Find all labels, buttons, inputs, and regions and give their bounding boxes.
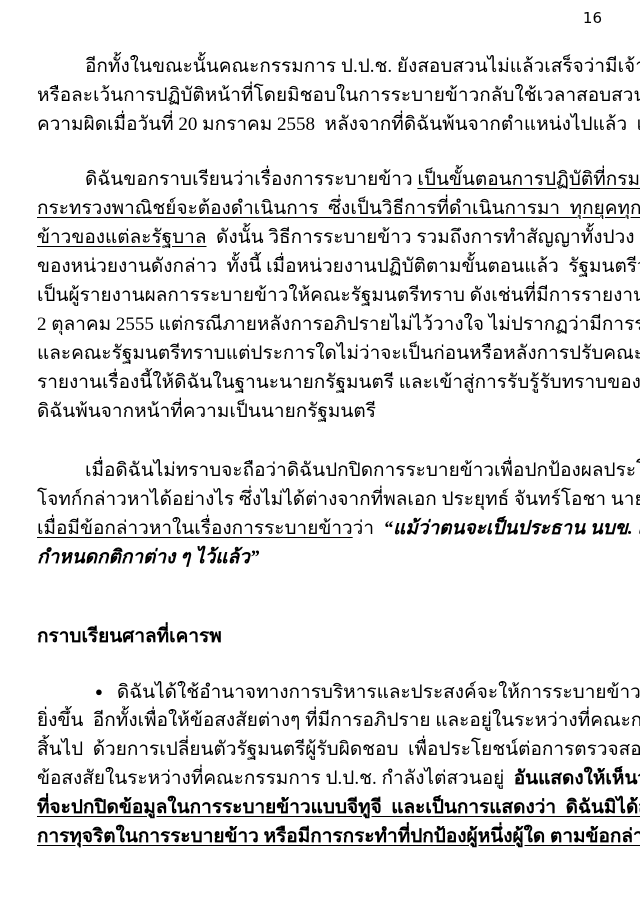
text-line: ดิฉันพ้นจากหน้าที่ความเป็นนายกรัฐมนตรี <box>37 397 604 426</box>
text-line: ของหน่วยงานดังกล่าว ทั้งนี้ เมื่อหน่วยงา… <box>37 252 604 281</box>
text-line: ยิ่งขึ้น อีกทั้งเพื่อให้ข้อสงสัยต่างๆ ที… <box>37 706 604 735</box>
text-line: ข้าวของแต่ละรัฐบาล ดังนั้น วิธีการระบายข… <box>37 223 604 252</box>
bold-text: อันแสดงให้เห็นว่า <box>514 768 640 789</box>
text-line: เมื่อดิฉันไม่ทราบจะถือว่าดิฉันปกปิดการระ… <box>37 456 604 485</box>
text-segment: รายงานเรื่องนี้ให้ดิฉันในฐานะนายกรัฐมนตร… <box>37 372 640 393</box>
text-line: หรือละเว้นการปฏิบัติหน้าที่โดยมิชอบในการ… <box>37 81 604 110</box>
text-line: ที่จะปกปิดข้อมูลในการระบายข้าวแบบจีทูจี … <box>37 793 604 822</box>
document-page: 16 อีกทั้งในขณะนั้นคณะกรรมการ ป.ป.ช. ยัง… <box>0 0 640 902</box>
underlined-text: เมื่อมีข้อกล่าวหาในเรื่องการระบายข้าว <box>37 518 353 539</box>
text-line: การทุจริตในการระบายข้าว หรือมีการกระทำที… <box>37 822 604 851</box>
section-heading-to-the-court: กราบเรียนศาลที่เคารพ <box>37 622 604 651</box>
heading-line: กราบเรียนศาลที่เคารพ <box>37 622 604 651</box>
text-segment: ดิฉันพ้นจากหน้าที่ความเป็นนายกรัฐมนตรี <box>37 401 376 422</box>
text-line: ดิฉันขอกราบเรียนว่าเรื่องการระบายข้าว เป… <box>37 165 604 194</box>
underlined-text: ข้าวของแต่ละรัฐบาล <box>37 227 207 248</box>
text-segment: ดิฉันได้ใช้อำนาจทางการบริหารและประสงค์จะ… <box>117 682 640 703</box>
page-number: 16 <box>37 8 604 28</box>
text-segment: อีกทั้งในขณะนั้นคณะกรรมการ ป.ป.ช. ยังสอบ… <box>85 56 640 77</box>
text-line: ข้อสงสัยในระหว่างที่คณะกรรมการ ป.ป.ช. กำ… <box>37 764 604 793</box>
text-line: โจทก์กล่าวหาได้อย่างไร ซึ่งไม่ได้ต่างจาก… <box>37 485 604 514</box>
paragraph-rice-release-procedure: ดิฉันขอกราบเรียนว่าเรื่องการระบายข้าว เป… <box>37 165 604 426</box>
text-segment: และคณะรัฐมนตรีทราบแต่ประการใดไม่ว่าจะเป็… <box>37 343 640 364</box>
quote-text: “แม้ว่าตนจะเป็นประธาน นบข. แต่ก็มีอนุกรร… <box>384 518 640 539</box>
underlined-text: เป็นขั้นตอนการปฏิบัติที่กรมการค้าต่างประ… <box>417 169 640 190</box>
text-line: สิ้นไป ด้วยการเปลี่ยนตัวรัฐมนตรีผู้รับผิ… <box>37 735 604 764</box>
bullet-icon: ● <box>95 684 103 699</box>
bullet-line: ●ดิฉันได้ใช้อำนาจทางการบริหารและประสงค์จ… <box>37 677 604 706</box>
text-line: รายงานเรื่องนี้ให้ดิฉันในฐานะนายกรัฐมนตร… <box>37 368 604 397</box>
text-line: กำหนดกติกาต่าง ๆ ไว้แล้ว” <box>37 543 604 572</box>
text-line: อีกทั้งในขณะนั้นคณะกรรมการ ป.ป.ช. ยังสอบ… <box>37 52 604 81</box>
text-line: และคณะรัฐมนตรีทราบแต่ประการใดไม่ว่าจะเป็… <box>37 339 604 368</box>
heading-text: กราบเรียนศาลที่เคารพ <box>37 626 222 647</box>
text-line: เมื่อมีข้อกล่าวหาในเรื่องการระบายข้าวว่า… <box>37 514 604 543</box>
text-line: เป็นผู้รายงานผลการระบายข้าวให้คณะรัฐมนตร… <box>37 281 604 310</box>
text-segment: ความผิดเมื่อวันที่ 20 มกราคม 2558 หลังจา… <box>37 114 640 135</box>
text-segment: ดังนั้น วิธีการระบายข้าว รวมถึงการทำสัญญ… <box>207 227 640 248</box>
text-segment: ว่า <box>353 518 384 539</box>
paragraph-investigation-delay: อีกทั้งในขณะนั้นคณะกรรมการ ป.ป.ช. ยังสอบ… <box>37 52 604 139</box>
bullet-paragraph-executive-power: ●ดิฉันได้ใช้อำนาจทางการบริหารและประสงค์จ… <box>37 677 604 851</box>
paragraph-no-knowledge-quote: เมื่อดิฉันไม่ทราบจะถือว่าดิฉันปกปิดการระ… <box>37 456 604 572</box>
bold-underlined-text: การทุจริตในการระบายข้าว หรือมีการกระทำที… <box>37 826 640 847</box>
text-segment: ข้อสงสัยในระหว่างที่คณะกรรมการ ป.ป.ช. กำ… <box>37 768 514 789</box>
text-line: 2 ตุลาคม 2555 แต่กรณีภายหลังการอภิปรายไม… <box>37 310 604 339</box>
bold-underlined-text: ที่จะปกปิดข้อมูลในการระบายข้าวแบบจีทูจี … <box>37 797 640 818</box>
quote-text: กำหนดกติกาต่าง ๆ ไว้แล้ว” <box>37 547 259 568</box>
text-line: ความผิดเมื่อวันที่ 20 มกราคม 2558 หลังจา… <box>37 110 604 139</box>
text-segment: หรือละเว้นการปฏิบัติหน้าที่โดยมิชอบในการ… <box>37 85 640 106</box>
text-segment: โจทก์กล่าวหาได้อย่างไร ซึ่งไม่ได้ต่างจาก… <box>37 489 640 510</box>
text-segment: ยิ่งขึ้น อีกทั้งเพื่อให้ข้อสงสัยต่างๆ ที… <box>37 710 640 731</box>
text-line: กระทรวงพาณิชย์จะต้องดำเนินการ ซึ่งเป็นวิ… <box>37 194 604 223</box>
text-segment: ของหน่วยงานดังกล่าว ทั้งนี้ เมื่อหน่วยงา… <box>37 256 640 277</box>
text-segment: สิ้นไป ด้วยการเปลี่ยนตัวรัฐมนตรีผู้รับผิ… <box>37 739 640 760</box>
underlined-text: กระทรวงพาณิชย์จะต้องดำเนินการ ซึ่งเป็นวิ… <box>37 198 640 219</box>
text-segment: ดิฉันขอกราบเรียนว่าเรื่องการระบายข้าว <box>85 169 417 190</box>
text-segment: เมื่อดิฉันไม่ทราบจะถือว่าดิฉันปกปิดการระ… <box>85 460 640 481</box>
text-segment: เป็นผู้รายงานผลการระบายข้าวให้คณะรัฐมนตร… <box>37 285 640 306</box>
text-segment: 2 ตุลาคม 2555 แต่กรณีภายหลังการอภิปรายไม… <box>37 314 640 335</box>
